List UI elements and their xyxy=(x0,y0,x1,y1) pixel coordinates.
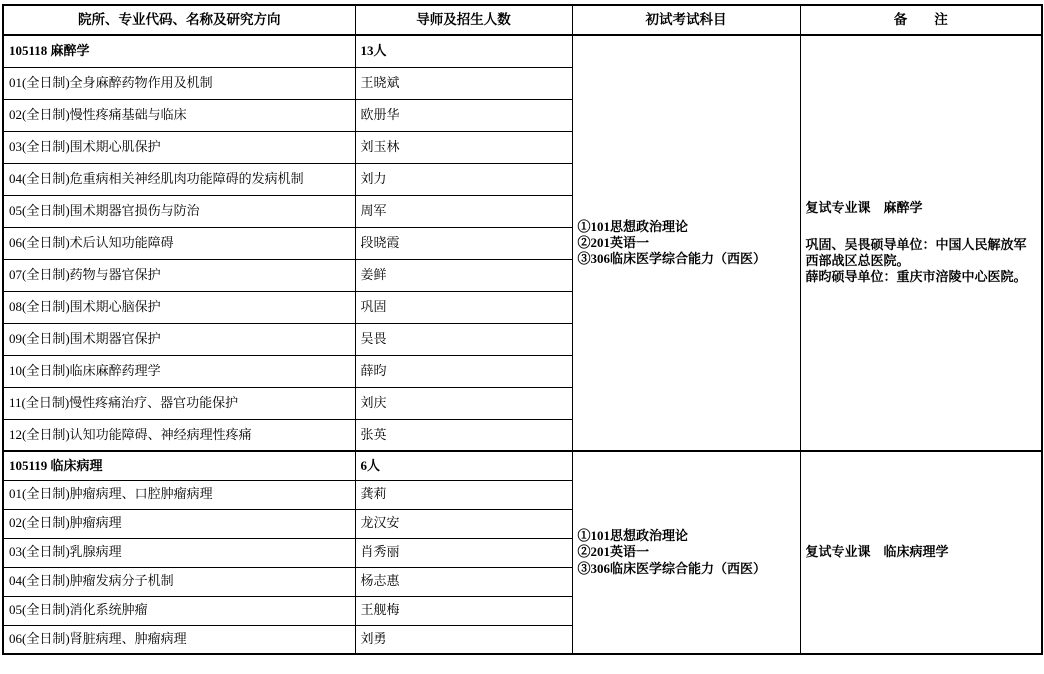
exam-subjects-cell: ①101思想政治理论 ②201英语一 ③306临床医学综合能力（西医） xyxy=(572,35,800,451)
exam-subjects-cell: ①101思想政治理论 ②201英语一 ③306临床医学综合能力（西医） xyxy=(572,451,800,654)
header-row: 院所、专业代码、名称及研究方向 导师及招生人数 初试考试科目 备 注 xyxy=(3,5,1042,35)
advisor-cell: 姜鲜 xyxy=(355,259,572,291)
direction-cell: 02(全日制)肿瘤病理 xyxy=(3,509,355,538)
direction-cell: 03(全日制)围术期心肌保护 xyxy=(3,131,355,163)
advisor-cell: 刘庆 xyxy=(355,387,572,419)
direction-cell: 04(全日制)肿瘤发病分子机制 xyxy=(3,567,355,596)
remarks-cell: 复试专业课 临床病理学 xyxy=(800,451,1042,654)
exam-subject-line: ①101思想政治理论 xyxy=(578,219,795,235)
remark-line: 薛昀硕导单位：重庆市涪陵中心医院。 xyxy=(806,269,1037,285)
advisor-cell: 周军 xyxy=(355,195,572,227)
exam-subject-line: ③306临床医学综合能力（西医） xyxy=(578,251,795,267)
advisor-cell: 张英 xyxy=(355,419,572,451)
advisor-cell: 龚莉 xyxy=(355,480,572,509)
col-header-remarks: 备 注 xyxy=(800,5,1042,35)
direction-cell: 12(全日制)认知功能障碍、神经病理性疼痛 xyxy=(3,419,355,451)
advisor-cell: 欧册华 xyxy=(355,99,572,131)
advisor-cell: 王晓斌 xyxy=(355,67,572,99)
direction-cell: 10(全日制)临床麻醉药理学 xyxy=(3,355,355,387)
col-header-advisor: 导师及招生人数 xyxy=(355,5,572,35)
exam-subject-line: ①101思想政治理论 xyxy=(578,528,795,544)
document-page: 院所、专业代码、名称及研究方向 导师及招生人数 初试考试科目 备 注 10511… xyxy=(0,0,1044,655)
direction-cell: 04(全日制)危重病相关神经肌肉功能障碍的发病机制 xyxy=(3,163,355,195)
direction-cell: 08(全日制)围术期心脑保护 xyxy=(3,291,355,323)
admissions-table: 院所、专业代码、名称及研究方向 导师及招生人数 初试考试科目 备 注 10511… xyxy=(2,4,1043,655)
advisor-cell: 龙汉安 xyxy=(355,509,572,538)
direction-cell: 01(全日制)肿瘤病理、口腔肿瘤病理 xyxy=(3,480,355,509)
section-code-row: 105118 麻醉学 13人 ①101思想政治理论 ②201英语一 ③306临床… xyxy=(3,35,1042,67)
section-code-row: 105119 临床病理 6人 ①101思想政治理论 ②201英语一 ③306临床… xyxy=(3,451,1042,480)
advisor-cell: 刘玉林 xyxy=(355,131,572,163)
remark-line: 复试专业课 临床病理学 xyxy=(806,544,1037,560)
remark-line: 巩固、吴畏硕导单位：中国人民解放军西部战区总医院。 xyxy=(806,237,1037,270)
advisor-cell: 杨志惠 xyxy=(355,567,572,596)
direction-cell: 07(全日制)药物与器官保护 xyxy=(3,259,355,291)
advisor-cell: 巩固 xyxy=(355,291,572,323)
direction-cell: 02(全日制)慢性疼痛基础与临床 xyxy=(3,99,355,131)
section-code-cell: 105119 临床病理 xyxy=(3,451,355,480)
remark-line: 复试专业课 麻醉学 xyxy=(806,200,1037,216)
col-header-program: 院所、专业代码、名称及研究方向 xyxy=(3,5,355,35)
section-code-cell: 105118 麻醉学 xyxy=(3,35,355,67)
section-count-cell: 6人 xyxy=(355,451,572,480)
exam-subject-line: ③306临床医学综合能力（西医） xyxy=(578,561,795,577)
advisor-cell: 薛昀 xyxy=(355,355,572,387)
direction-cell: 06(全日制)术后认知功能障碍 xyxy=(3,227,355,259)
direction-cell: 01(全日制)全身麻醉药物作用及机制 xyxy=(3,67,355,99)
remarks-cell: 复试专业课 麻醉学 巩固、吴畏硕导单位：中国人民解放军西部战区总医院。 薛昀硕导… xyxy=(800,35,1042,451)
section-count-cell: 13人 xyxy=(355,35,572,67)
advisor-cell: 刘力 xyxy=(355,163,572,195)
direction-cell: 05(全日制)消化系统肿瘤 xyxy=(3,596,355,625)
exam-subject-line: ②201英语一 xyxy=(578,235,795,251)
direction-cell: 03(全日制)乳腺病理 xyxy=(3,538,355,567)
advisor-cell: 刘勇 xyxy=(355,625,572,654)
advisor-cell: 肖秀丽 xyxy=(355,538,572,567)
col-header-exam: 初试考试科目 xyxy=(572,5,800,35)
direction-cell: 06(全日制)肾脏病理、肿瘤病理 xyxy=(3,625,355,654)
exam-subject-line: ②201英语一 xyxy=(578,544,795,560)
advisor-cell: 吴畏 xyxy=(355,323,572,355)
direction-cell: 09(全日制)围术期器官保护 xyxy=(3,323,355,355)
direction-cell: 05(全日制)围术期器官损伤与防治 xyxy=(3,195,355,227)
advisor-cell: 王舰梅 xyxy=(355,596,572,625)
direction-cell: 11(全日制)慢性疼痛治疗、器官功能保护 xyxy=(3,387,355,419)
advisor-cell: 段晓霞 xyxy=(355,227,572,259)
